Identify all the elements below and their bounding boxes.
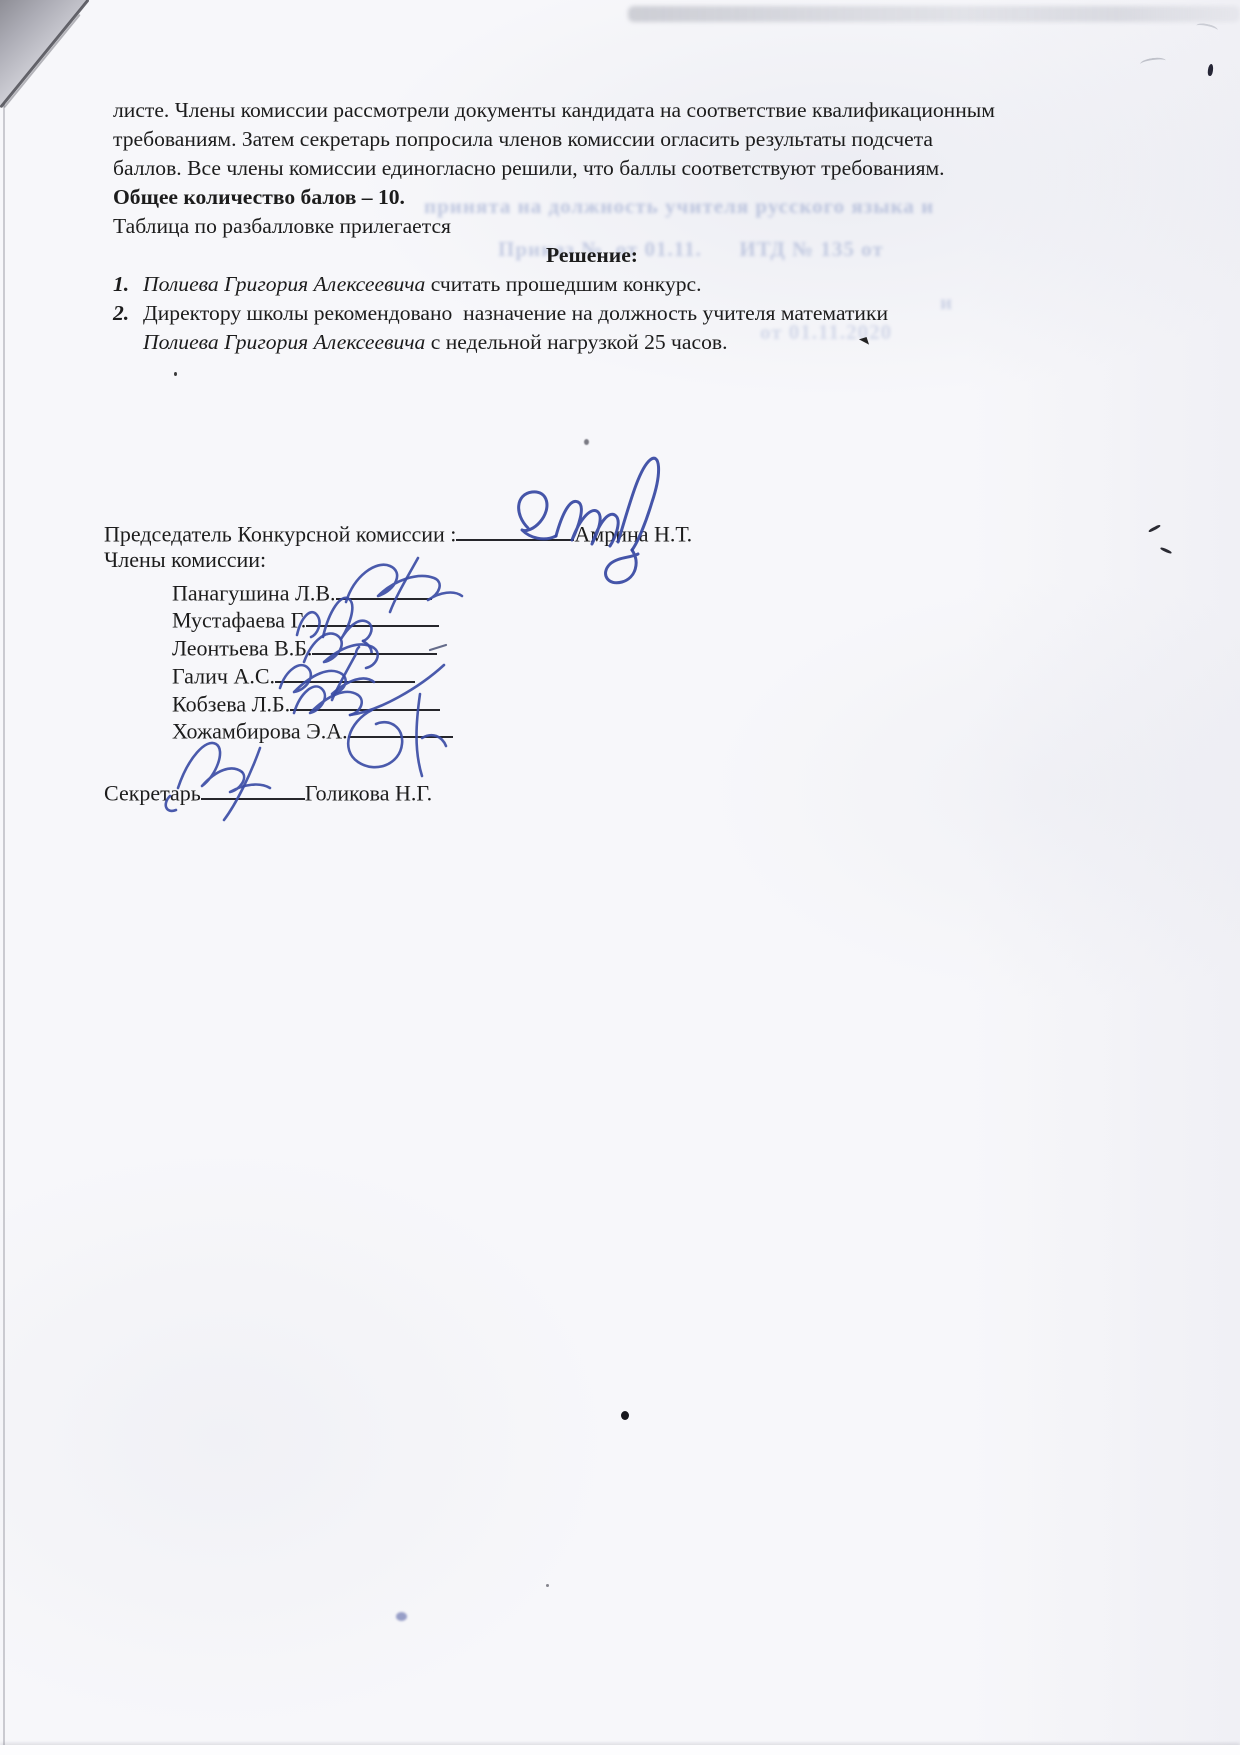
secretary-row: СекретарьГоликова Н.Г. — [104, 776, 432, 807]
member-name: Леонтьева В.Б. — [172, 635, 312, 660]
ink-speck — [621, 1411, 629, 1420]
candidate-name: Полиева Григория Алексеевича — [143, 330, 425, 354]
signature-blank-line — [336, 576, 432, 600]
signature-blank-line — [348, 714, 453, 738]
item-text: считать прошедшим конкурс. — [425, 272, 701, 296]
scan-mark — [1140, 56, 1167, 69]
scan-mark — [1160, 547, 1172, 555]
paragraph-line: баллов. Все члены комиссии единогласно р… — [113, 154, 1139, 183]
scanned-document-page: принята на должность учителя русского яз… — [0, 0, 1240, 1755]
member-row: Мустафаева Г. — [172, 603, 439, 634]
item-text: с недельной нагрузкой 25 часов. — [425, 330, 727, 354]
item-number: 1. — [113, 270, 129, 299]
table-note: Таблица по разбалловке прилегается — [113, 212, 1139, 241]
paragraph-line: листе. Члены комиссии рассмотрели докуме… — [113, 96, 1139, 125]
signature-blank-line — [290, 687, 440, 711]
document-body: листе. Члены комиссии рассмотрели докуме… — [113, 96, 1139, 357]
chairman-row: Председатель Конкурсной комиссии :Амрина… — [104, 517, 692, 548]
item-number: 2. — [113, 299, 129, 328]
decision-heading: Решение: — [79, 241, 1105, 270]
ink-speck — [546, 1584, 549, 1587]
members-label: Члены комиссии: — [104, 546, 266, 574]
scan-mark — [1195, 22, 1218, 34]
ink-speck — [396, 1612, 407, 1621]
signature-blank-line — [275, 659, 415, 683]
decision-item-1: 1. Полиева Григория Алексеевича считать … — [113, 270, 1139, 299]
signature-blank-line — [201, 776, 305, 800]
decision-item-2: 2. Директору школы рекомендовано назначе… — [113, 299, 1139, 357]
item-text: Директору школы рекомендовано назначение… — [143, 299, 1139, 328]
chairman-label: Председатель Конкурсной комиссии : — [104, 521, 456, 546]
scan-mark — [1148, 524, 1161, 533]
chairman-name: Амрина Н.Т. — [574, 521, 692, 546]
signature-blank-line — [312, 631, 437, 655]
member-name: Панагушина Л.В. — [172, 580, 336, 605]
total-score-line: Общее количество балов – 10. — [113, 183, 1139, 212]
scan-smudge-band — [628, 6, 1240, 22]
signature-blank-line — [456, 517, 574, 541]
member-name: Галич А.С. — [172, 663, 275, 688]
member-name: Мустафаева Г. — [172, 607, 306, 632]
member-row: Леонтьева В.Б. — [172, 631, 437, 662]
ink-speck — [174, 372, 177, 376]
signature-blank-line — [306, 603, 439, 627]
member-row: Галич А.С. — [172, 659, 415, 690]
member-row: Хожамбирова Э.А. — [172, 714, 453, 745]
member-name: Кобзева Л.Б. — [172, 691, 290, 716]
page-left-edge-line — [3, 0, 5, 1755]
member-name: Хожамбирова Э.А. — [172, 718, 348, 743]
ink-speck — [584, 439, 589, 445]
candidate-name: Полиева Григория Алексеевича — [143, 272, 425, 296]
page-bottom-edge — [0, 1745, 1240, 1755]
paragraph-line: требованиям. Затем секретарь попросила ч… — [113, 125, 1139, 154]
ink-speck — [1207, 64, 1214, 77]
secretary-label: Секретарь — [104, 780, 201, 805]
secretary-name: Голикова Н.Г. — [305, 780, 432, 805]
